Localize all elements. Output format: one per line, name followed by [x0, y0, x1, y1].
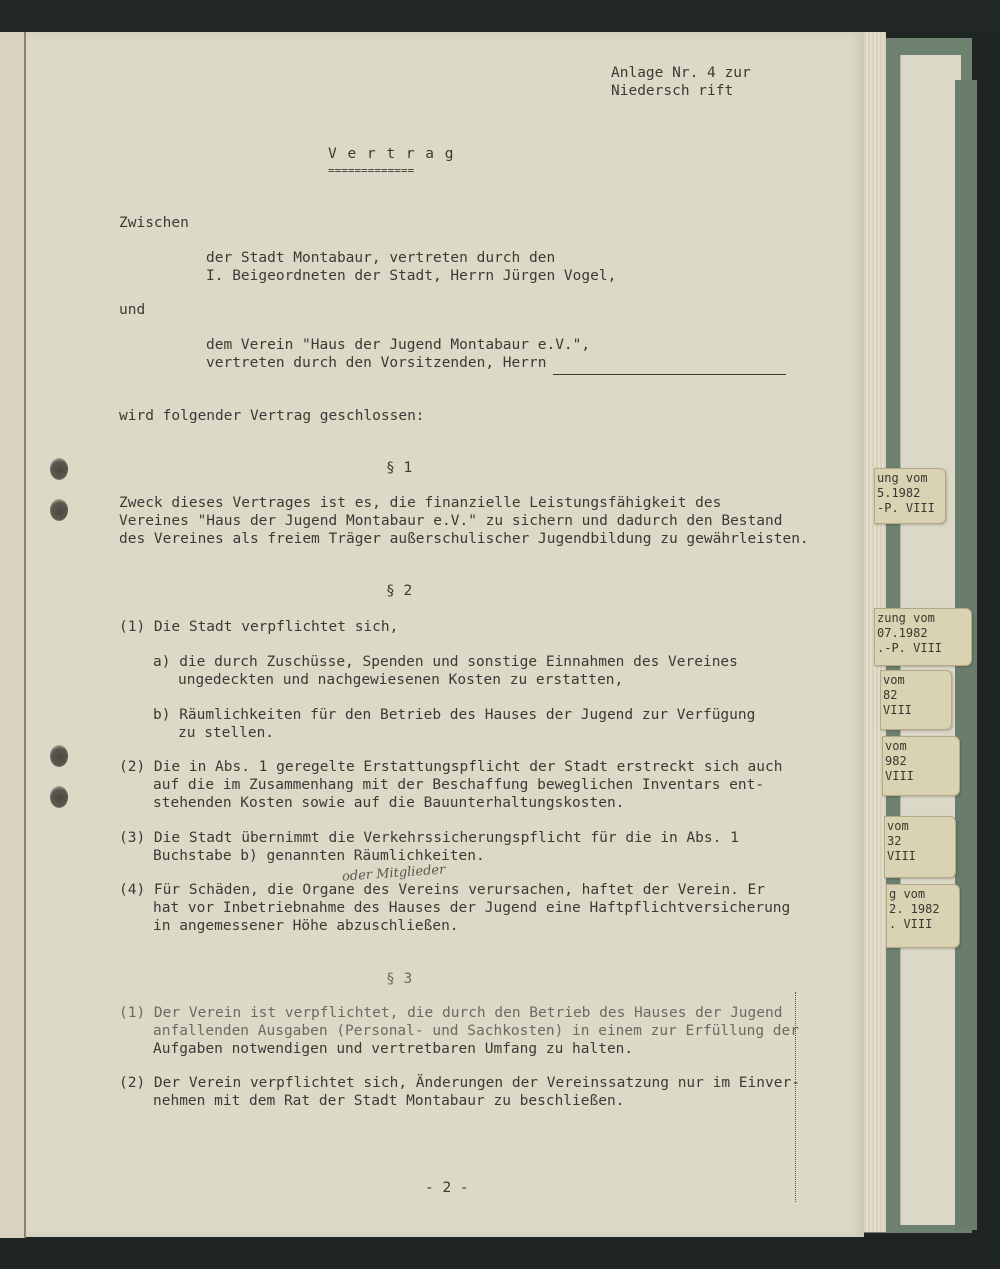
section-2-para-1: (1) Die Stadt verpflichtet sich, [119, 618, 398, 636]
document-page: Anlage Nr. 4 zur Niedersch rift V e r t … [26, 32, 864, 1237]
document-title: V e r t r a g [328, 145, 455, 163]
index-tab[interactable]: ung vom 5.1982 -P. VIII [874, 468, 946, 524]
between-label: Zwischen [119, 214, 189, 232]
section-2-item-a: a) die durch Zuschüsse, Spenden und sons… [153, 653, 738, 671]
section-1-line: des Vereines als freiem Träger außerschu… [119, 530, 809, 548]
index-tab[interactable]: vom 982 VIII [882, 736, 960, 796]
previous-page-edge [0, 32, 26, 1240]
section-3-para-2: (2) Der Verein verpflichtet sich, Änderu… [119, 1074, 800, 1092]
punch-hole-icon [50, 786, 68, 808]
index-tab[interactable]: vom 32 VIII [884, 816, 956, 878]
section-2-heading: § 2 [386, 582, 412, 600]
party1-line2: I. Beigeordneten der Stadt, Herrn Jürgen… [206, 267, 616, 285]
chairman-name-blank [553, 374, 786, 375]
index-tab[interactable]: zung vom 07.1982 .-P. VIII [874, 608, 972, 666]
section-3-para-1-cont: Aufgaben notwendigen und vertretbaren Um… [153, 1040, 633, 1058]
section-2-para-4-cont: hat vor Inbetriebnahme des Hauses der Ju… [153, 899, 790, 917]
punch-hole-icon [50, 745, 68, 767]
page-number: - 2 - [425, 1179, 469, 1197]
index-tab[interactable]: g vom 2. 1982 . VIII [886, 884, 960, 948]
annex-note-line2: Niedersch rift [611, 82, 733, 100]
section-2-para-3: (3) Die Stadt übernimmt die Verkehrssich… [119, 829, 739, 847]
annex-note: Anlage Nr. 4 zur [611, 64, 751, 82]
section-2-para-2: (2) Die in Abs. 1 geregelte Erstattungsp… [119, 758, 782, 776]
section-2-item-a-cont: ungedeckten und nachgewiesenen Kosten zu… [178, 671, 623, 689]
index-tab[interactable]: vom 82 VIII [880, 670, 952, 730]
party2-line1: dem Verein "Haus der Jugend Montabaur e.… [206, 336, 590, 354]
punch-hole-icon [50, 499, 68, 521]
section-3-para-1: (1) Der Verein ist verpflichtet, die dur… [119, 1004, 782, 1022]
section-2-para-2-cont: auf die im Zusammenhang mit der Beschaff… [153, 776, 764, 794]
section-2-item-b: b) Räumlichkeiten für den Betrieb des Ha… [153, 706, 755, 724]
section-2-para-4: (4) Für Schäden, die Organe des Vereins … [119, 881, 765, 899]
section-2-para-4-cont: in angemessener Höhe abzuschließen. [153, 917, 459, 935]
section-1-line: Vereines "Haus der Jugend Montabaur e.V.… [119, 512, 782, 530]
section-2-item-b-cont: zu stellen. [178, 724, 274, 742]
binder-bottom-edge [0, 1238, 1000, 1269]
margin-mark [795, 992, 796, 1202]
section-3-heading: § 3 [386, 970, 412, 988]
party1-line1: der Stadt Montabaur, vertreten durch den [206, 249, 555, 267]
section-3-para-1-cont: anfallenden Ausgaben (Personal- und Sach… [153, 1022, 799, 1040]
punch-hole-icon [50, 458, 68, 480]
title-underline: ============= [328, 162, 414, 180]
section-1-line: Zweck dieses Vertrages ist es, die finan… [119, 494, 721, 512]
party2-line2: vertreten durch den Vorsitzenden, Herrn [206, 354, 546, 372]
binder-top-edge [0, 0, 1000, 32]
concluded-statement: wird folgender Vertrag geschlossen: [119, 407, 425, 425]
and-label: und [119, 301, 145, 319]
section-2-para-2-cont: stehenden Kosten sowie auf die Bauunterh… [153, 794, 624, 812]
section-1-heading: § 1 [386, 459, 412, 477]
section-3-para-2-cont: nehmen mit dem Rat der Stadt Montabaur z… [153, 1092, 624, 1110]
